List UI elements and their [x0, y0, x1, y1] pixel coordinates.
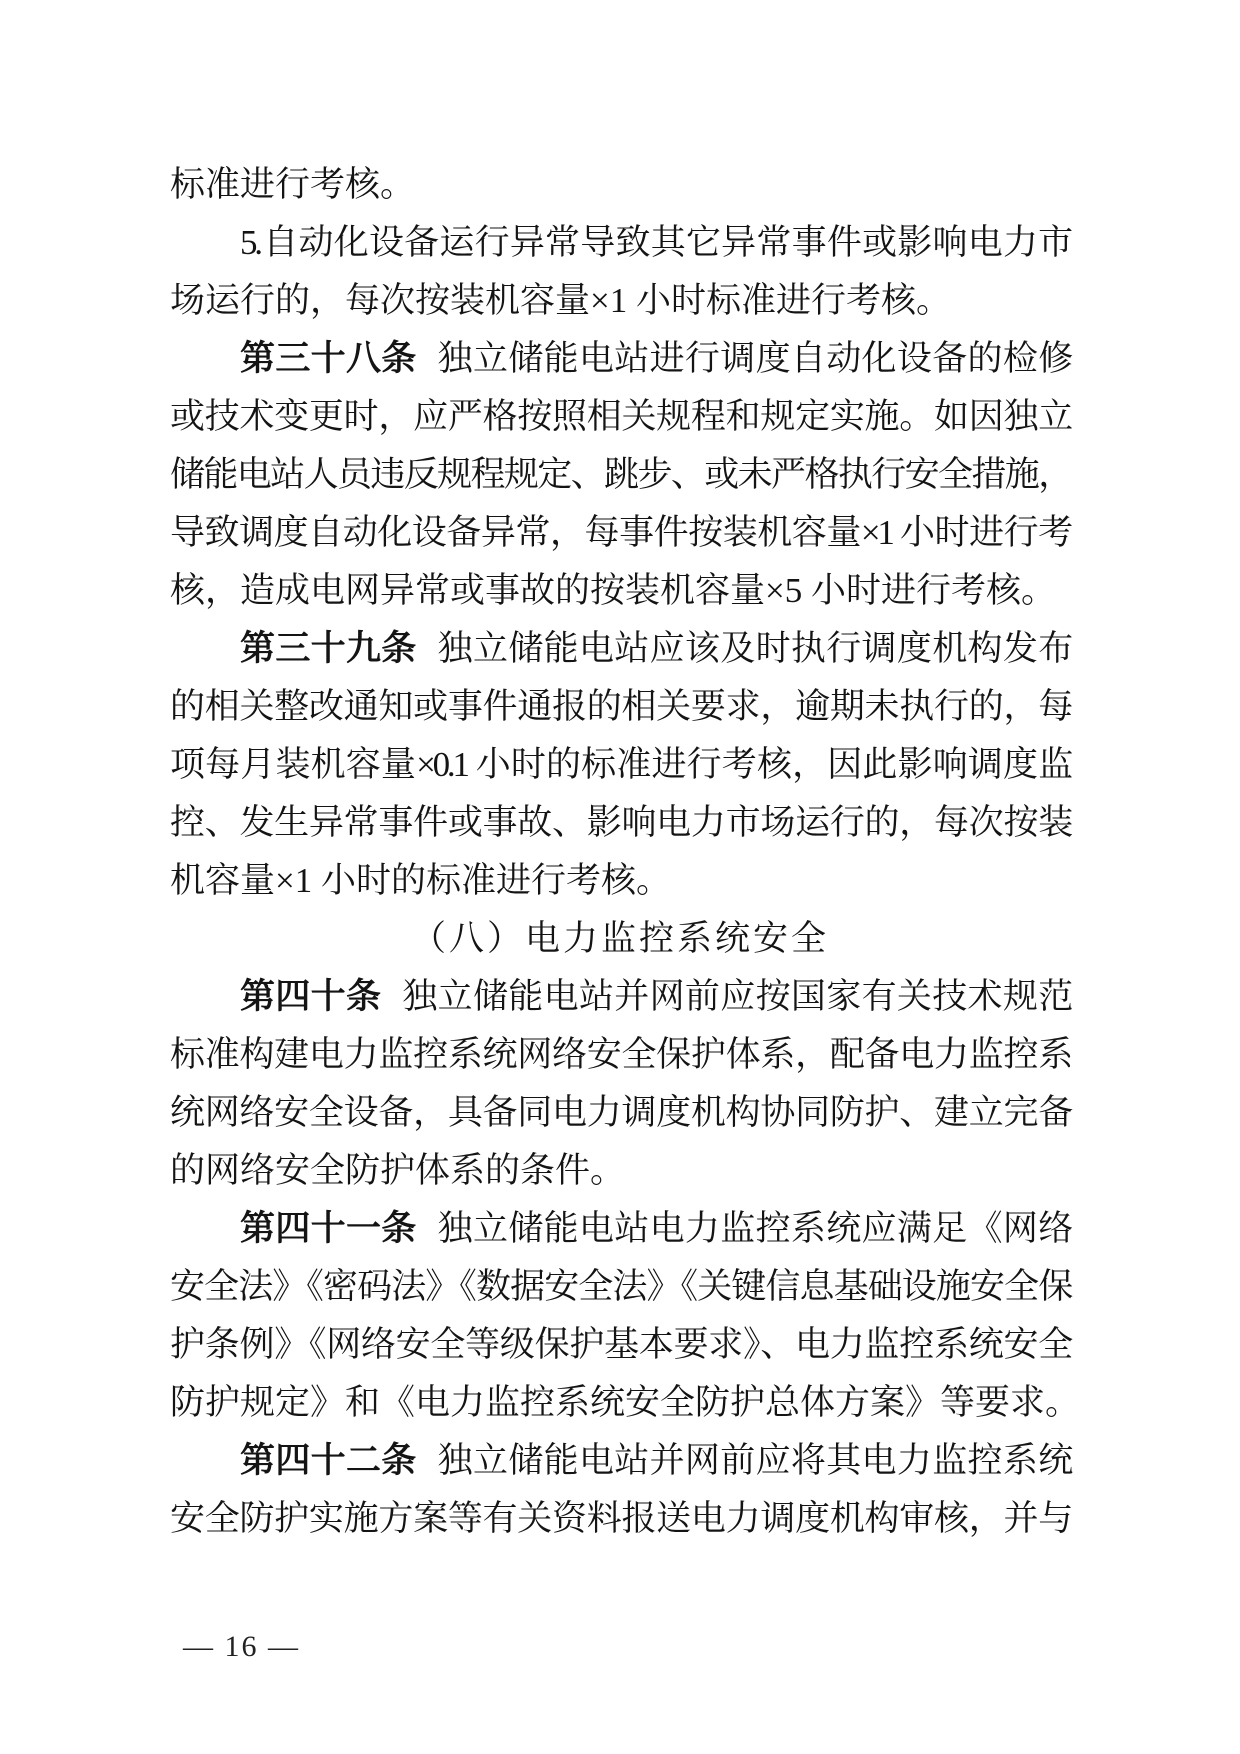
line-text: 独立储能电站进行调度自动化设备的检修 — [438, 339, 1070, 378]
line-text: 的相关整改通知或事件通报的相关要求，逾期未执行的，每 — [170, 687, 1070, 726]
line-text: 统网络安全设备，具备同电力调度机构协同防护、建立完备 — [170, 1093, 1070, 1132]
article-number: 第三十八条 — [240, 339, 417, 378]
paragraph-line: 安全法》《密码法》《数据安全法》《关键信息基础设施安全保 — [170, 1258, 1070, 1316]
line-text: 场运行的，每次按装机容量×1 小时标准进行考核。 — [170, 281, 951, 320]
line-text: 防护规定》和《电力监控系统安全防护总体方案》等要求。 — [170, 1383, 1080, 1422]
line-text: 独立储能电站并网前应按国家有关技术规范 — [402, 977, 1070, 1016]
paragraph-line: 第三十九条独立储能电站应该及时执行调度机构发布 — [170, 620, 1070, 678]
line-text: 机容量×1 小时的标准进行考核。 — [170, 861, 671, 900]
paragraph-line: 第四十条独立储能电站并网前应按国家有关技术规范 — [170, 968, 1070, 1026]
line-text: 导致调度自动化设备异常，每事件按装机容量×1 小时进行考 — [170, 513, 1070, 552]
paragraph-line: 5.自动化设备运行异常导致其它异常事件或影响电力市 — [170, 214, 1070, 272]
section-heading-text: （八）电力监控系统安全 — [411, 919, 829, 958]
line-text: 核，造成电网异常或事故的按装机容量×5 小时进行考核。 — [170, 571, 1056, 610]
paragraph-line: 的网络安全防护体系的条件。 — [170, 1142, 1070, 1200]
line-text: 或技术变更时，应严格按照相关规程和规定实施。如因独立 — [170, 397, 1070, 436]
paragraph-line: 导致调度自动化设备异常，每事件按装机容量×1 小时进行考 — [170, 504, 1070, 562]
article-number: 第三十九条 — [240, 629, 417, 668]
line-text: 独立储能电站应该及时执行调度机构发布 — [438, 629, 1070, 668]
paragraph-line: 的相关整改通知或事件通报的相关要求，逾期未执行的，每 — [170, 678, 1070, 736]
line-text: 护条例》《网络安全等级保护基本要求》、电力监控系统安全 — [170, 1325, 1070, 1364]
line-text: 安全法》《密码法》《数据安全法》《关键信息基础设施安全保 — [170, 1267, 1070, 1306]
article-number: 第四十一条 — [240, 1209, 417, 1248]
article-number: 第四十条 — [240, 977, 381, 1016]
line-text: 的网络安全防护体系的条件。 — [170, 1151, 625, 1190]
paragraph-line: 控、发生异常事件或事故、影响电力市场运行的，每次按装 — [170, 794, 1070, 852]
paragraph-line: 标准构建电力监控系统网络安全保护体系，配备电力监控系 — [170, 1026, 1070, 1084]
paragraph-line: 机容量×1 小时的标准进行考核。 — [170, 852, 1070, 910]
paragraph-line: 储能电站人员违反规程规定、跳步、或未严格执行安全措施， — [170, 446, 1070, 504]
line-text: 安全防护实施方案等有关资料报送电力调度机构审核，并与 — [170, 1499, 1070, 1538]
line-text: 独立储能电站电力监控系统应满足《网络 — [438, 1209, 1070, 1248]
paragraph-line: 安全防护实施方案等有关资料报送电力调度机构审核，并与 — [170, 1490, 1070, 1548]
section-heading: （八）电力监控系统安全 — [170, 910, 1070, 968]
paragraph-line: 项每月装机容量×0.1 小时的标准进行考核，因此影响调度监 — [170, 736, 1070, 794]
line-text: 独立储能电站并网前应将其电力监控系统 — [438, 1441, 1070, 1480]
article-number: 第四十二条 — [240, 1441, 417, 1480]
paragraph-line: 标准进行考核。 — [170, 156, 1070, 214]
line-text: 项每月装机容量×0.1 小时的标准进行考核，因此影响调度监 — [170, 745, 1070, 784]
document-page: 标准进行考核。 5.自动化设备运行异常导致其它异常事件或影响电力市 场运行的，每… — [0, 0, 1240, 1754]
line-text: 标准进行考核。 — [170, 165, 415, 204]
paragraph-line: 防护规定》和《电力监控系统安全防护总体方案》等要求。 — [170, 1374, 1070, 1432]
paragraph-line: 场运行的，每次按装机容量×1 小时标准进行考核。 — [170, 272, 1070, 330]
document-body: 标准进行考核。 5.自动化设备运行异常导致其它异常事件或影响电力市 场运行的，每… — [170, 156, 1070, 1548]
paragraph-line: 护条例》《网络安全等级保护基本要求》、电力监控系统安全 — [170, 1316, 1070, 1374]
line-text: 控、发生异常事件或事故、影响电力市场运行的，每次按装 — [170, 803, 1070, 842]
line-text: 标准构建电力监控系统网络安全保护体系，配备电力监控系 — [170, 1035, 1070, 1074]
paragraph-line: 核，造成电网异常或事故的按装机容量×5 小时进行考核。 — [170, 562, 1070, 620]
paragraph-line: 统网络安全设备，具备同电力调度机构协同防护、建立完备 — [170, 1084, 1070, 1142]
line-text: 储能电站人员违反规程规定、跳步、或未严格执行安全措施， — [170, 455, 1070, 494]
page-number: — 16 — — [183, 1630, 300, 1664]
paragraph-line: 第三十八条独立储能电站进行调度自动化设备的检修 — [170, 330, 1070, 388]
paragraph-line: 或技术变更时，应严格按照相关规程和规定实施。如因独立 — [170, 388, 1070, 446]
line-text: 5.自动化设备运行异常导致其它异常事件或影响电力市 — [240, 223, 1070, 262]
paragraph-line: 第四十一条独立储能电站电力监控系统应满足《网络 — [170, 1200, 1070, 1258]
paragraph-line: 第四十二条独立储能电站并网前应将其电力监控系统 — [170, 1432, 1070, 1490]
